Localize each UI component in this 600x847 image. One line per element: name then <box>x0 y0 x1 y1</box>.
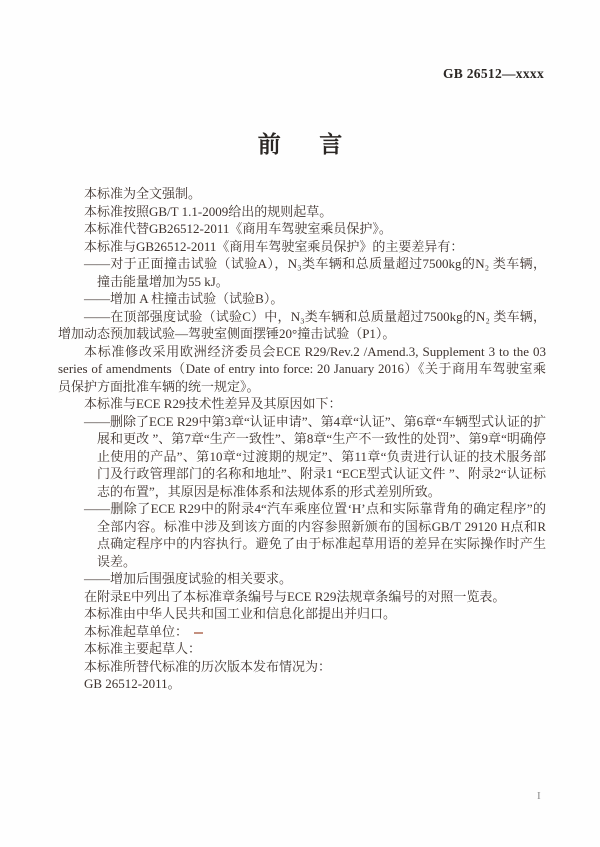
document-page: GB 26512—xxxx 前 言 本标准为全文强制。本标准按照GB/T 1.1… <box>0 0 600 847</box>
paragraph: 本标准主要起草人： <box>58 640 546 658</box>
paragraph: 本标准起草单位： <box>58 623 546 641</box>
paragraph: 本标准所替代标准的历次版本发布情况为： <box>58 658 546 676</box>
foreword-body: 本标准为全文强制。本标准按照GB/T 1.1-2009给出的规则起草。本标准代替… <box>58 185 546 693</box>
paragraph: ——增加后围强度试验的相关要求。 <box>58 570 546 588</box>
doc-number: GB 26512—xxxx <box>443 66 544 82</box>
paragraph: 本标准修改采用欧洲经济委员会ECE R29/Rev.2 /Amend.3, Su… <box>58 343 546 396</box>
page-title: 前 言 <box>0 126 600 159</box>
paragraph: ——增加 A 柱撞击试验（试验B）。 <box>58 290 546 308</box>
paragraph: ——在顶部强度试验（试验C）中，N₃类车辆和总质量超过7500kg的N₂ 类车辆… <box>58 308 546 343</box>
page-number: I <box>537 790 541 802</box>
paragraph: 本标准为全文强制。 <box>58 185 546 203</box>
paragraph: 本标准按照GB/T 1.1-2009给出的规则起草。 <box>58 203 546 221</box>
paragraph: 本标准由中华人民共和国工业和信息化部提出并归口。 <box>58 605 546 623</box>
paragraph: 本标准与ECE R29技术性差异及其原因如下： <box>58 395 546 413</box>
paragraph: 本标准代替GB26512-2011《商用车驾驶室乘员保护》。 <box>58 220 546 238</box>
redaction-mark <box>194 632 203 634</box>
paragraph: ——删除了ECE R29中的附录4“汽车乘座位置‘H’点和实际靠背角的确定程序”… <box>58 500 546 570</box>
paragraph: GB 26512-2011。 <box>58 675 546 693</box>
paragraph: ——删除了ECE R29中第3章“认证申请”、第4章“认证”、第6章“车辆型式认… <box>58 413 546 501</box>
paragraph: ——对于正面撞击试验（试验A），N₃类车辆和总质量超过7500kg的N₂ 类车辆… <box>58 255 546 290</box>
paragraph: 本标准与GB26512-2011《商用车驾驶室乘员保护》的主要差异有： <box>58 238 546 256</box>
paragraph: 在附录E中列出了本标准章条编号与ECE R29法规章条编号的对照一览表。 <box>58 588 546 606</box>
